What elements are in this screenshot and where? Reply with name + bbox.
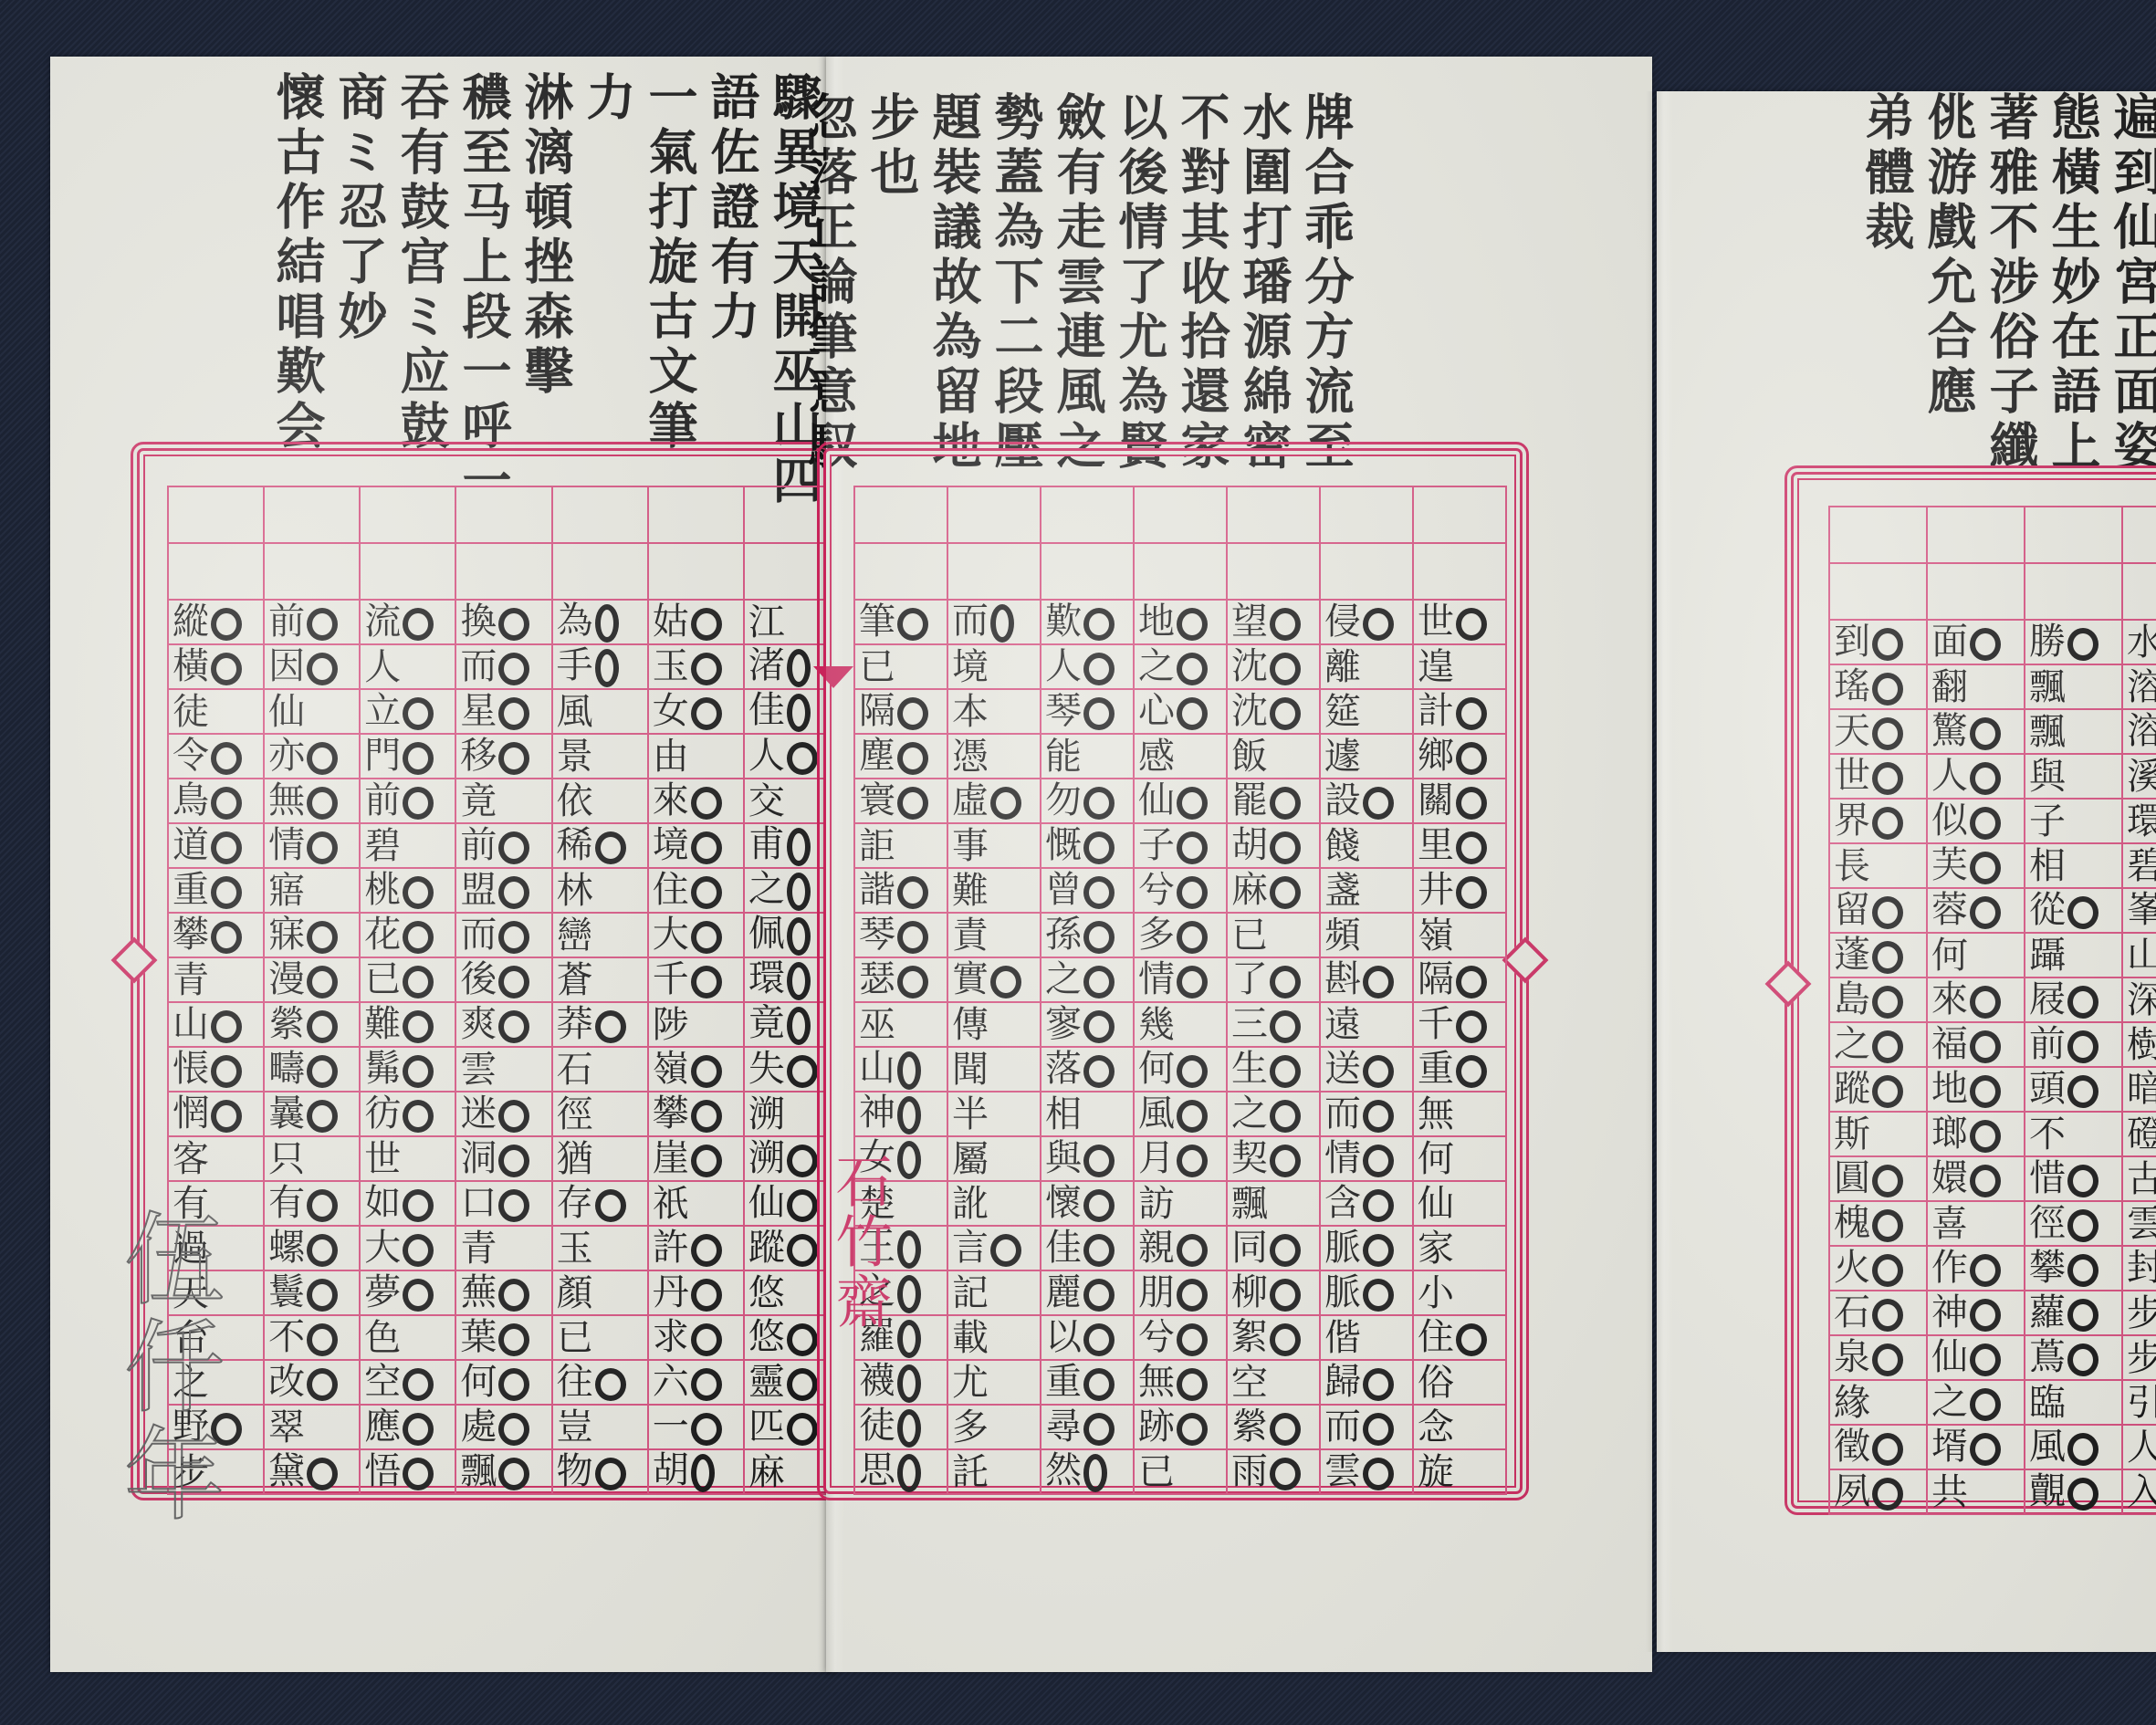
grid-character: 重 bbox=[1041, 1364, 1085, 1400]
grid-cell: 記 bbox=[947, 1270, 1041, 1315]
grid-cell: 步 bbox=[2122, 1335, 2156, 1380]
circle-mark-icon bbox=[1083, 1055, 1115, 1088]
grid-character: 念 bbox=[1414, 1409, 1458, 1446]
grid-character: 稀 bbox=[553, 827, 597, 863]
grid-cell: 有 bbox=[264, 1181, 360, 1226]
grid-cell bbox=[1320, 543, 1413, 600]
grid-cell bbox=[2025, 507, 2122, 563]
grid-cell: 筵 bbox=[1320, 689, 1413, 734]
grid-character: 橫 bbox=[169, 648, 213, 685]
grid-cell: 界 bbox=[1829, 799, 1927, 843]
grid-character: 遠 bbox=[1321, 1007, 1365, 1043]
grid-row: 筆而歎地望侵世 bbox=[854, 600, 1506, 644]
circle-mark-icon bbox=[307, 831, 338, 864]
grid-character: 斯 bbox=[1830, 1116, 1874, 1153]
circle-mark-icon bbox=[1456, 697, 1487, 730]
circle-mark-icon bbox=[498, 697, 529, 730]
circle-mark-icon bbox=[691, 1413, 722, 1446]
grid-character: 寥 bbox=[1041, 1006, 1085, 1042]
grid-cell: 夙 bbox=[1829, 1469, 1927, 1514]
grid-character: 爽 bbox=[456, 1006, 500, 1042]
grid-character: 惘 bbox=[169, 1095, 213, 1132]
circle-mark-icon bbox=[1270, 966, 1301, 998]
grid-row: 羅載以兮絮偕住 bbox=[854, 1315, 1506, 1360]
grid-cell: 葉 bbox=[455, 1315, 551, 1360]
grid-cell: 鳥 bbox=[168, 779, 264, 823]
grid-cell: 多 bbox=[1134, 913, 1227, 957]
grid-character: 兮 bbox=[1135, 872, 1178, 908]
circle-mark-icon bbox=[1970, 717, 2001, 750]
circle-mark-icon bbox=[1083, 921, 1115, 954]
grid-character: 頻 bbox=[1321, 917, 1365, 954]
circle-mark-icon bbox=[1970, 1030, 2001, 1063]
grid-cell: 空 bbox=[360, 1360, 455, 1405]
grid-cell: 旋 bbox=[1413, 1449, 1506, 1494]
grid-row: 諧難曾兮麻盞井 bbox=[854, 868, 1506, 913]
circle-mark-icon bbox=[1456, 742, 1487, 775]
grid-row: 圓嬛惜古 bbox=[1829, 1156, 2156, 1201]
grid-character: 半 bbox=[948, 1096, 992, 1133]
grid-cell: 仙 bbox=[1927, 1335, 2025, 1380]
grid-row: 蹤地頭暗 bbox=[1829, 1067, 2156, 1112]
grid-cell: 之 bbox=[1134, 644, 1227, 689]
circle-mark-icon bbox=[1456, 966, 1487, 998]
circle-mark-icon bbox=[1872, 673, 1903, 706]
grid-cell: 雲 bbox=[1320, 1449, 1413, 1494]
grid-character: 匹 bbox=[745, 1408, 789, 1445]
circle-mark-icon bbox=[1872, 896, 1903, 929]
grid-character: 花 bbox=[361, 916, 404, 953]
grid-character: 石 bbox=[1830, 1294, 1874, 1331]
grid-row: 重寤桃盟林住之 bbox=[168, 868, 840, 913]
grid-cell: 佳 bbox=[1041, 1226, 1134, 1270]
grid-cell: 之 bbox=[1829, 1022, 1927, 1067]
grid-character: 遽 bbox=[1321, 738, 1365, 775]
circle-mark-icon bbox=[1177, 966, 1208, 998]
grid-row: 橫因人而手玉渚 bbox=[168, 644, 840, 689]
circle-mark-icon bbox=[403, 1010, 434, 1043]
circle-mark-icon bbox=[307, 1368, 338, 1401]
grid-character: 然 bbox=[1041, 1452, 1085, 1489]
grid-character: 偕 bbox=[1321, 1320, 1365, 1356]
grid-cell: 雲 bbox=[455, 1047, 551, 1092]
circle-mark-icon bbox=[1363, 787, 1394, 820]
grid-cell: 風 bbox=[552, 689, 648, 734]
grid-cell: 林 bbox=[552, 868, 648, 913]
circle-mark-icon bbox=[498, 1100, 529, 1133]
grid-character: 只 bbox=[265, 1141, 309, 1177]
grid-character: 曾 bbox=[1041, 872, 1085, 908]
grid-cell: 前 bbox=[360, 779, 455, 823]
grid-character: 大 bbox=[361, 1229, 404, 1266]
circle-mark-icon bbox=[1970, 762, 2001, 795]
grid-cell: 崖 bbox=[648, 1136, 744, 1181]
grid-cell: 遽 bbox=[1320, 734, 1413, 779]
grid-cell: 兮 bbox=[1134, 868, 1227, 913]
double-circle-mark-icon bbox=[787, 873, 811, 911]
grid-cell: 蔦 bbox=[2025, 1335, 2122, 1380]
grid-character: 世 bbox=[1414, 603, 1458, 640]
grid-row: 台不色葉已求悠 bbox=[168, 1315, 840, 1360]
grid-cell: 斯 bbox=[1829, 1112, 1927, 1156]
grid-character: 暗 bbox=[2123, 1071, 2156, 1107]
grid-row: 思託然已雨雲旋 bbox=[854, 1449, 1506, 1494]
grid-row: 過螺大青玉許蹤 bbox=[168, 1226, 840, 1270]
circle-mark-icon bbox=[1083, 697, 1115, 730]
grid-character: 難 bbox=[948, 873, 992, 909]
grid-cell: 許 bbox=[648, 1226, 744, 1270]
grid-character: 為 bbox=[553, 602, 597, 639]
grid-cell: 責 bbox=[947, 913, 1041, 957]
circle-mark-icon bbox=[498, 742, 529, 775]
grid-character: 之 bbox=[1228, 1095, 1272, 1132]
grid-character: 三 bbox=[1228, 1006, 1272, 1042]
circle-mark-icon bbox=[1270, 1010, 1301, 1043]
circle-mark-icon bbox=[1363, 1145, 1394, 1177]
grid-cell: 虛 bbox=[947, 779, 1041, 823]
grid-cell: 人 bbox=[360, 644, 455, 689]
grid-cell: 只 bbox=[264, 1136, 360, 1181]
grid-character: 山 bbox=[169, 1006, 213, 1042]
grid-cell: 驚 bbox=[1927, 709, 2025, 754]
grid-cell: 落 bbox=[1041, 1047, 1134, 1092]
grid-cell bbox=[1829, 507, 1927, 563]
grid-cell: 丹 bbox=[648, 1270, 744, 1315]
grid-cell: 瑟 bbox=[854, 957, 947, 1002]
grid-row: 楚訛懷訪飄含仙 bbox=[854, 1181, 1506, 1226]
circle-mark-icon bbox=[787, 742, 818, 775]
grid-cell bbox=[1134, 486, 1227, 543]
circle-mark-icon bbox=[1872, 1209, 1903, 1242]
circle-mark-icon bbox=[2067, 628, 2098, 661]
grid-cell: 徒 bbox=[854, 1405, 947, 1449]
grid-cell: 飄 bbox=[455, 1449, 551, 1494]
grid-character: 塵 bbox=[855, 737, 899, 774]
grid-character: 不 bbox=[265, 1319, 309, 1355]
grid-cell: 仙 bbox=[1413, 1181, 1506, 1226]
grid-cell bbox=[1829, 563, 1927, 620]
grid-cell: 緣 bbox=[1829, 1380, 1927, 1425]
circle-mark-icon bbox=[403, 1234, 434, 1267]
grid-character: 重 bbox=[169, 872, 213, 908]
grid-cell: 換 bbox=[455, 600, 551, 644]
grid-cell bbox=[1041, 543, 1134, 600]
grid-cell: 寰 bbox=[854, 779, 947, 823]
grid-cell bbox=[552, 543, 648, 600]
grid-character: 麻 bbox=[745, 1454, 789, 1490]
grid-character: 蔦 bbox=[2025, 1339, 2069, 1375]
grid-cell bbox=[168, 543, 264, 600]
grid-cell: 關 bbox=[1413, 779, 1506, 823]
grid-cell: 含 bbox=[1320, 1181, 1413, 1226]
grid-cell: 重 bbox=[168, 868, 264, 913]
grid-character: 離 bbox=[1321, 649, 1365, 685]
double-circle-mark-icon bbox=[897, 1409, 921, 1448]
grid-cell: 雨 bbox=[1227, 1449, 1320, 1494]
grid-character: 泉 bbox=[1830, 1339, 1874, 1375]
grid-character: 家 bbox=[1414, 1230, 1458, 1267]
grid-character: 峯 bbox=[2123, 892, 2156, 928]
grid-character: 脈 bbox=[1321, 1274, 1365, 1311]
grid-cell: 地 bbox=[1134, 600, 1227, 644]
grid-character: 悵 bbox=[169, 1051, 213, 1087]
grid-character: 情 bbox=[1135, 961, 1178, 998]
grid-cell: 歎 bbox=[1041, 600, 1134, 644]
circle-mark-icon bbox=[897, 921, 928, 954]
grid-cell: 盟 bbox=[455, 868, 551, 913]
double-circle-mark-icon bbox=[595, 604, 619, 643]
grid-character: 界 bbox=[1830, 802, 1874, 839]
grid-cell: 橫 bbox=[168, 644, 264, 689]
middle-rhyme-grid: 筆而歎地望侵世已境人之沈離遑隔本琴心沈筵計塵憑能感飯遽鄉寰虛勿仙罷設關詎事慨子胡… bbox=[853, 486, 1507, 1495]
grid-character: 佳 bbox=[1041, 1229, 1085, 1266]
grid-row: 悵疇髴雲石嶺失 bbox=[168, 1047, 840, 1092]
blank-header-row bbox=[854, 486, 1506, 543]
grid-character: 仙 bbox=[1135, 782, 1178, 819]
grid-character: 盞 bbox=[1321, 873, 1365, 909]
grid-character: 緣 bbox=[1830, 1385, 1874, 1421]
circle-mark-icon bbox=[498, 1010, 529, 1043]
grid-character: 子 bbox=[1135, 827, 1178, 863]
grid-character: 之 bbox=[1135, 648, 1178, 685]
circle-mark-icon bbox=[403, 697, 434, 730]
grid-character: 令 bbox=[169, 737, 213, 774]
grid-character: 境 bbox=[948, 649, 992, 685]
double-circle-mark-icon bbox=[787, 649, 811, 687]
grid-cell: 望 bbox=[1227, 600, 1320, 644]
grid-cell bbox=[1413, 486, 1506, 543]
grid-character: 林 bbox=[553, 873, 597, 909]
circle-mark-icon bbox=[1083, 1010, 1115, 1043]
grid-character: 懷 bbox=[1041, 1185, 1085, 1221]
grid-character: 子 bbox=[2025, 803, 2069, 840]
grid-cell: 境 bbox=[648, 823, 744, 868]
double-circle-mark-icon bbox=[595, 649, 619, 687]
grid-character: 芙 bbox=[1928, 847, 1972, 883]
circle-mark-icon bbox=[1456, 1010, 1487, 1043]
grid-cell bbox=[947, 543, 1041, 600]
grid-character: 餞 bbox=[1321, 828, 1365, 864]
grid-row: 道情碧前稀境甫 bbox=[168, 823, 840, 868]
grid-cell: 青 bbox=[455, 1226, 551, 1270]
grid-character: 環 bbox=[2123, 803, 2156, 840]
circle-mark-icon bbox=[1270, 1145, 1301, 1177]
grid-row: 之福前樹 bbox=[1829, 1022, 2156, 1067]
grid-cell: 共 bbox=[1927, 1469, 2025, 1514]
circle-mark-icon bbox=[1872, 1075, 1903, 1108]
grid-character: 物 bbox=[553, 1453, 597, 1490]
grid-cell bbox=[360, 543, 455, 600]
grid-cell: 心 bbox=[1134, 689, 1227, 734]
text-column: 著雅不涉俗子纖 bbox=[1986, 91, 2036, 529]
grid-cell: 契 bbox=[1227, 1136, 1320, 1181]
grid-character: 巫 bbox=[855, 1007, 899, 1043]
grid-cell: 後 bbox=[455, 957, 551, 1002]
grid-character: 風 bbox=[1135, 1095, 1178, 1132]
grid-row: 瑟實之情了斟隔 bbox=[854, 957, 1506, 1002]
circle-mark-icon bbox=[691, 876, 722, 909]
grid-cell bbox=[1227, 543, 1320, 600]
middle-sheet: 牌合乖分方流至 水圍打璠源綿密 不對其收拾還家 以後情了尤為賢 斂有走雲連風之 … bbox=[826, 57, 1652, 1672]
grid-cell: 石 bbox=[1829, 1291, 1927, 1335]
grid-cell: 磴 bbox=[2122, 1112, 2156, 1156]
text-column: 弟體裁 bbox=[1862, 91, 1911, 529]
right-sheet: 遍到仙宮正面姿 態橫生妙在語上 著雅不涉俗子纖 佻游戲允合應 弟體裁 到面勝水瑤… bbox=[1657, 91, 2156, 1652]
circle-mark-icon bbox=[1083, 1368, 1115, 1401]
grid-cell bbox=[947, 486, 1041, 543]
grid-cell: 巫 bbox=[854, 1002, 947, 1047]
grid-character: 道 bbox=[169, 827, 213, 863]
circle-mark-icon bbox=[211, 1055, 242, 1088]
grid-character: 亦 bbox=[265, 737, 309, 774]
grid-character: 星 bbox=[456, 693, 500, 729]
grid-cell: 念 bbox=[1413, 1405, 1506, 1449]
circle-mark-icon bbox=[1970, 1388, 2001, 1421]
grid-character: 作 bbox=[1928, 1249, 1972, 1286]
circle-mark-icon bbox=[1872, 1030, 1903, 1063]
grid-cell: 之 bbox=[1227, 1092, 1320, 1136]
circle-mark-icon bbox=[1970, 1075, 2001, 1108]
circle-mark-icon bbox=[1970, 1433, 2001, 1466]
grid-character: 諧 bbox=[855, 872, 899, 908]
circle-mark-icon bbox=[1177, 697, 1208, 730]
grid-cell: 尤 bbox=[947, 1360, 1041, 1405]
grid-cell: 為 bbox=[552, 600, 648, 644]
grid-cell: 聞 bbox=[947, 1047, 1041, 1092]
grid-character: 隔 bbox=[855, 693, 899, 729]
grid-character: 幾 bbox=[1135, 1007, 1178, 1043]
double-circle-mark-icon bbox=[897, 1051, 921, 1090]
circle-mark-icon bbox=[691, 1234, 722, 1267]
grid-cell: 色 bbox=[360, 1315, 455, 1360]
grid-character: 送 bbox=[1321, 1051, 1365, 1087]
circle-mark-icon bbox=[1970, 1120, 2001, 1153]
grid-cell: 暗 bbox=[2122, 1067, 2156, 1112]
grid-character: 瑟 bbox=[855, 961, 899, 998]
circle-mark-icon bbox=[1456, 876, 1487, 909]
grid-character: 本 bbox=[948, 694, 992, 730]
grid-character: 相 bbox=[2025, 848, 2069, 884]
grid-row: 斯瑯不磴 bbox=[1829, 1112, 2156, 1156]
grid-cell: 姑 bbox=[648, 600, 744, 644]
circle-mark-icon bbox=[403, 608, 434, 641]
circle-mark-icon bbox=[1872, 717, 1903, 750]
grid-cell: 來 bbox=[648, 779, 744, 823]
grid-cell: 桃 bbox=[360, 868, 455, 913]
circle-mark-icon bbox=[1177, 1100, 1208, 1133]
grid-character: 臨 bbox=[2025, 1385, 2069, 1421]
grid-character: 流 bbox=[361, 603, 404, 640]
grid-character: 麻 bbox=[1228, 872, 1272, 908]
grid-character: 猶 bbox=[553, 1141, 597, 1177]
grid-cell: 女 bbox=[648, 689, 744, 734]
grid-cell: 之 bbox=[1041, 957, 1134, 1002]
circle-mark-icon bbox=[2067, 896, 2098, 929]
grid-cell: 溶 bbox=[2122, 709, 2156, 754]
grid-character: 髴 bbox=[361, 1051, 404, 1087]
circle-mark-icon bbox=[2067, 986, 2098, 1019]
circle-mark-icon bbox=[1270, 1413, 1301, 1446]
circle-mark-icon bbox=[498, 1458, 529, 1490]
blank-header-row bbox=[854, 543, 1506, 600]
grid-cell: 頻 bbox=[1320, 913, 1413, 957]
circle-mark-icon bbox=[2067, 1478, 2098, 1511]
grid-character: 玉 bbox=[649, 648, 693, 685]
grid-character: 住 bbox=[649, 872, 693, 908]
circle-mark-icon bbox=[1083, 1323, 1115, 1356]
grid-character: 與 bbox=[2025, 758, 2069, 795]
grid-character: 陟 bbox=[649, 1007, 693, 1043]
grid-cell: 盞 bbox=[1320, 868, 1413, 913]
circle-mark-icon bbox=[1363, 1055, 1394, 1088]
grid-character: 蹤 bbox=[745, 1229, 789, 1266]
circle-mark-icon bbox=[1872, 1343, 1903, 1376]
grid-cell: 碧 bbox=[2122, 843, 2156, 888]
grid-character: 詎 bbox=[855, 828, 899, 864]
grid-row: 惘曩彷迷徑攀溯 bbox=[168, 1092, 840, 1136]
circle-mark-icon bbox=[595, 1368, 626, 1401]
grid-row: 世人與溪 bbox=[1829, 754, 2156, 799]
grid-cell: 悵 bbox=[168, 1047, 264, 1092]
grid-cell: 嶺 bbox=[1413, 913, 1506, 957]
grid-row: 蓬何躡山 bbox=[1829, 933, 2156, 977]
grid-cell: 已 bbox=[552, 1315, 648, 1360]
grid-character: 載 bbox=[948, 1320, 992, 1356]
circle-mark-icon bbox=[1970, 852, 2001, 884]
blank-header-row bbox=[1829, 563, 2156, 620]
grid-row: 天鬟夢蕪顏丹悠 bbox=[168, 1270, 840, 1315]
grid-cell: 情 bbox=[1320, 1136, 1413, 1181]
grid-cell: 沈 bbox=[1227, 689, 1320, 734]
grid-row: 詎事慨子胡餞里 bbox=[854, 823, 1506, 868]
grid-cell bbox=[264, 543, 360, 600]
circle-mark-icon bbox=[897, 787, 928, 820]
grid-character: 虛 bbox=[948, 782, 992, 819]
grid-cell bbox=[1134, 543, 1227, 600]
circle-mark-icon bbox=[498, 1279, 529, 1312]
grid-cell: 琴 bbox=[1041, 689, 1134, 734]
right-rhyme-grid: 到面勝水瑤翻飄溶天驚飄溶世人與溪界似子環長芙相碧留蓉從峯蓬何躡山島來屐深之福前樹… bbox=[1828, 506, 2156, 1515]
double-circle-mark-icon bbox=[897, 1364, 921, 1403]
grid-cell bbox=[455, 486, 551, 543]
grid-character: 佩 bbox=[745, 915, 789, 952]
grid-character: 人 bbox=[745, 737, 789, 774]
double-circle-mark-icon bbox=[990, 604, 1014, 643]
grid-character: 鬟 bbox=[265, 1274, 309, 1311]
grid-row: 步黛悟飄物胡麻 bbox=[168, 1449, 840, 1494]
circle-mark-icon bbox=[1363, 1368, 1394, 1401]
grid-cell bbox=[854, 486, 947, 543]
grid-cell: 竟 bbox=[455, 779, 551, 823]
grid-cell: 朋 bbox=[1134, 1270, 1227, 1315]
grid-character: 石 bbox=[553, 1051, 597, 1088]
grid-cell: 壻 bbox=[1927, 1425, 2025, 1469]
grid-character: 葉 bbox=[456, 1319, 500, 1355]
circle-mark-icon bbox=[1970, 1254, 2001, 1287]
grid-row: 徒仙立星風女佳 bbox=[168, 689, 840, 734]
grid-cell: 琴 bbox=[854, 913, 947, 957]
grid-character: 沈 bbox=[1228, 648, 1272, 685]
circle-mark-icon bbox=[2067, 1165, 2098, 1197]
grid-character: 小 bbox=[1414, 1275, 1458, 1312]
double-circle-mark-icon bbox=[787, 694, 811, 732]
grid-cell: 古 bbox=[2122, 1156, 2156, 1201]
grid-cell: 胡 bbox=[1227, 823, 1320, 868]
grid-cell: 寤 bbox=[264, 868, 360, 913]
grid-character: 樹 bbox=[2123, 1027, 2156, 1063]
grid-character: 存 bbox=[553, 1185, 597, 1221]
grid-cell: 求 bbox=[648, 1315, 744, 1360]
